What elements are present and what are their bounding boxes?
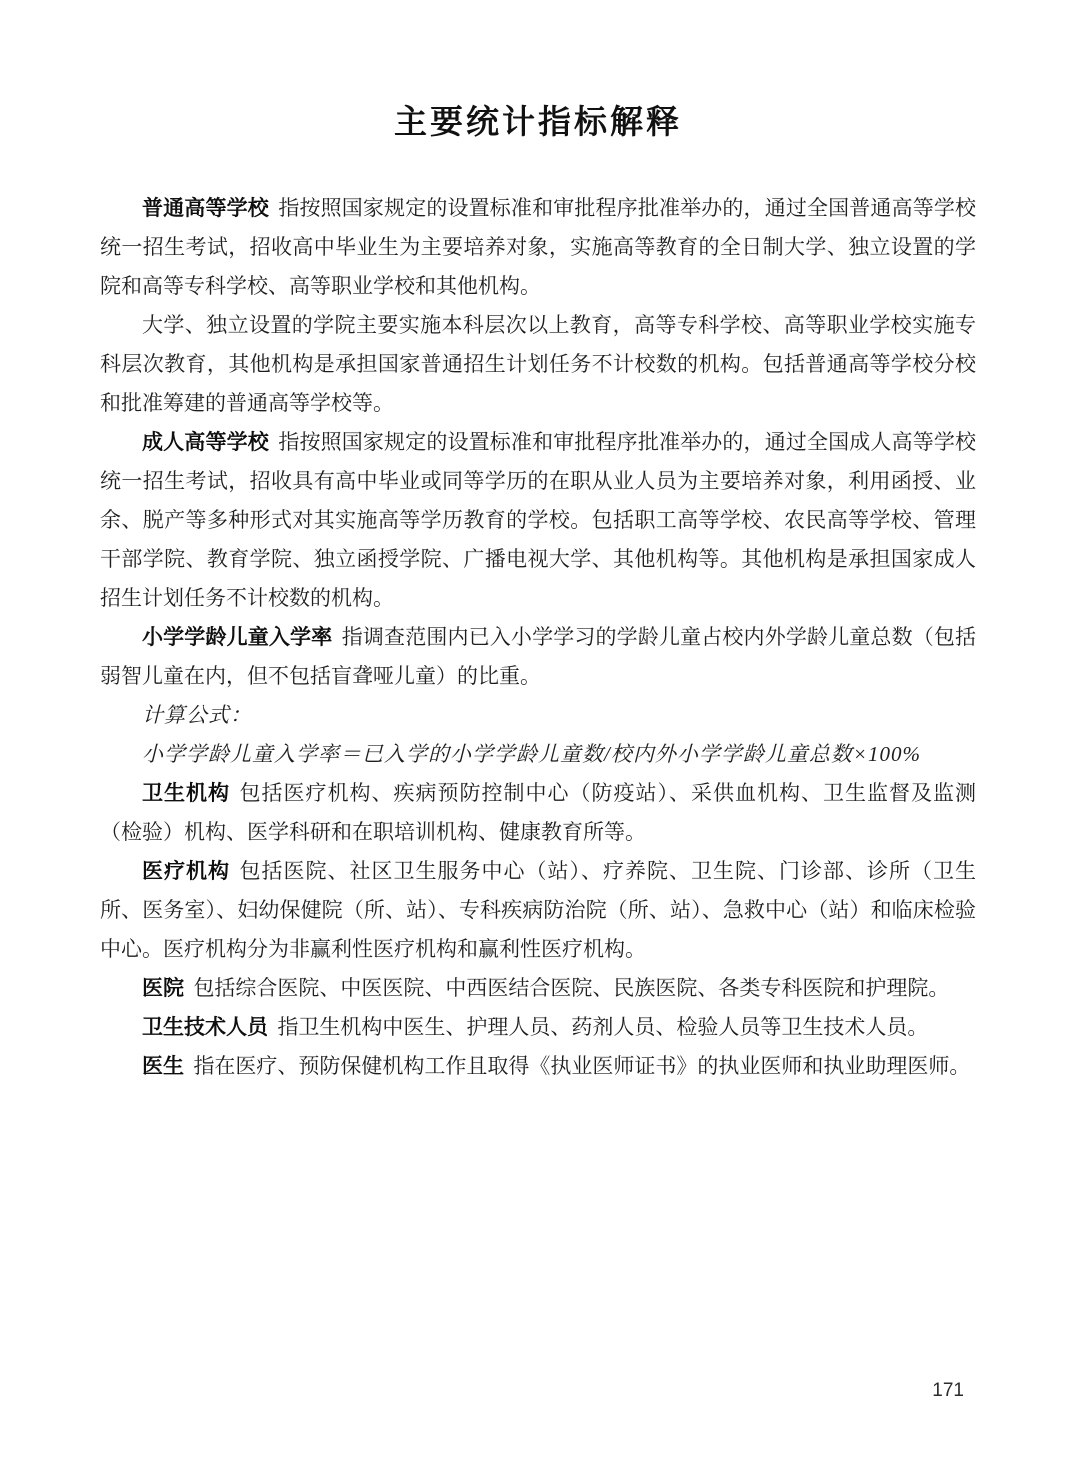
paragraph-adult-higher-education: 成人高等学校指按照国家规定的设置标准和审批程序批准举办的，通过全国成人高等学校统… [100, 423, 976, 618]
term-label: 卫生技术人员 [142, 1016, 268, 1039]
paragraph-university-scope: 大学、独立设置的学院主要实施本科层次以上教育，高等专科学校、高等职业学校实施专科… [100, 306, 976, 423]
page-content: 主要统计指标解释 普通高等学校指按照国家规定的设置标准和审批程序批准举办的，通过… [100, 0, 976, 1086]
term-label: 卫生机构 [142, 782, 230, 805]
page-number: 171 [932, 1380, 964, 1402]
paragraph-doctors: 医生指在医疗、预防保健机构工作且取得《执业医师证书》的执业医师和执业助理医师。 [100, 1047, 976, 1086]
paragraph-text: 指按照国家规定的设置标准和审批程序批准举办的，通过全国成人高等学校统一招生考试，… [100, 430, 976, 610]
paragraph-text: 包括医疗机构、疾病预防控制中心（防疫站）、采供血机构、卫生监督及监测（检验）机构… [100, 781, 976, 844]
paragraph-text: 指在医疗、预防保健机构工作且取得《执业医师证书》的执业医师和执业助理医师。 [193, 1054, 970, 1078]
term-label: 医院 [142, 977, 184, 1000]
paragraph-medical-institutions: 医疗机构包括医院、社区卫生服务中心（站）、疗养院、卫生院、门诊部、诊所（卫生所、… [100, 852, 976, 969]
paragraph-primary-enrollment-rate: 小学学龄儿童入学率指调查范围内已入小学学习的学龄儿童占校内外学龄儿童总数（包括弱… [100, 618, 976, 696]
paragraph-text: 指卫生机构中医生、护理人员、药剂人员、检验人员等卫生技术人员。 [277, 1015, 928, 1039]
paragraph-health-institutions: 卫生机构包括医疗机构、疾病预防控制中心（防疫站）、采供血机构、卫生监督及监测（检… [100, 774, 976, 852]
formula-line: 小学学龄儿童入学率＝已入学的小学学龄儿童数/校内外小学学龄儿童总数×100% [100, 735, 976, 774]
paragraph-health-technical-personnel: 卫生技术人员指卫生机构中医生、护理人员、药剂人员、检验人员等卫生技术人员。 [100, 1008, 976, 1047]
term-label: 成人高等学校 [142, 431, 269, 454]
paragraph-text: 包括综合医院、中医医院、中西医结合医院、民族医院、各类专科医院和护理院。 [193, 976, 949, 1000]
term-label: 医生 [142, 1055, 184, 1078]
paragraph-text: 计算公式： [142, 703, 252, 727]
paragraph-text: 包括医院、社区卫生服务中心（站）、疗养院、卫生院、门诊部、诊所（卫生所、医务室）… [100, 859, 976, 961]
term-label: 小学学龄儿童入学率 [142, 626, 332, 649]
term-label: 医疗机构 [142, 860, 230, 883]
body-text: 普通高等学校指按照国家规定的设置标准和审批程序批准举办的，通过全国普通高等学校统… [100, 189, 976, 1086]
formula-caption: 计算公式： [100, 696, 976, 735]
paragraph-hospitals: 医院包括综合医院、中医医院、中西医结合医院、民族医院、各类专科医院和护理院。 [100, 969, 976, 1008]
document-page: 主要统计指标解释 普通高等学校指按照国家规定的设置标准和审批程序批准举办的，通过… [0, 0, 1074, 1458]
paragraph-regular-higher-education: 普通高等学校指按照国家规定的设置标准和审批程序批准举办的，通过全国普通高等学校统… [100, 189, 976, 306]
term-label: 普通高等学校 [142, 197, 269, 220]
paragraph-text: 大学、独立设置的学院主要实施本科层次以上教育，高等专科学校、高等职业学校实施专科… [100, 313, 976, 415]
page-title: 主要统计指标解释 [100, 96, 976, 143]
paragraph-text: 小学学龄儿童入学率＝已入学的小学学龄儿童数/校内外小学学龄儿童总数×100% [142, 742, 921, 766]
